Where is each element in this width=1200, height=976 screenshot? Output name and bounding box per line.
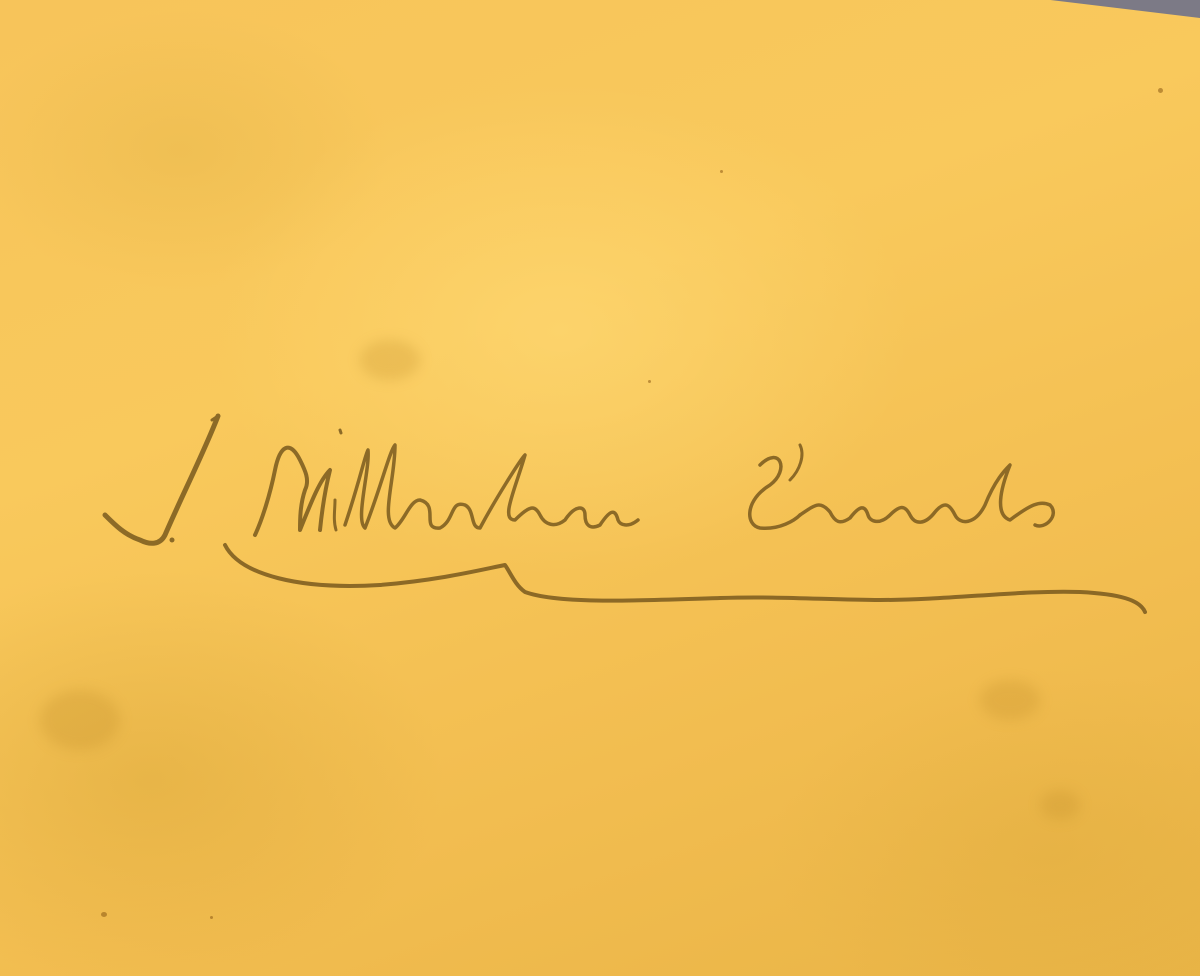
aged-paper-photo: J. Wilbraham Edwards <box>0 0 1200 976</box>
signature <box>0 0 1200 976</box>
